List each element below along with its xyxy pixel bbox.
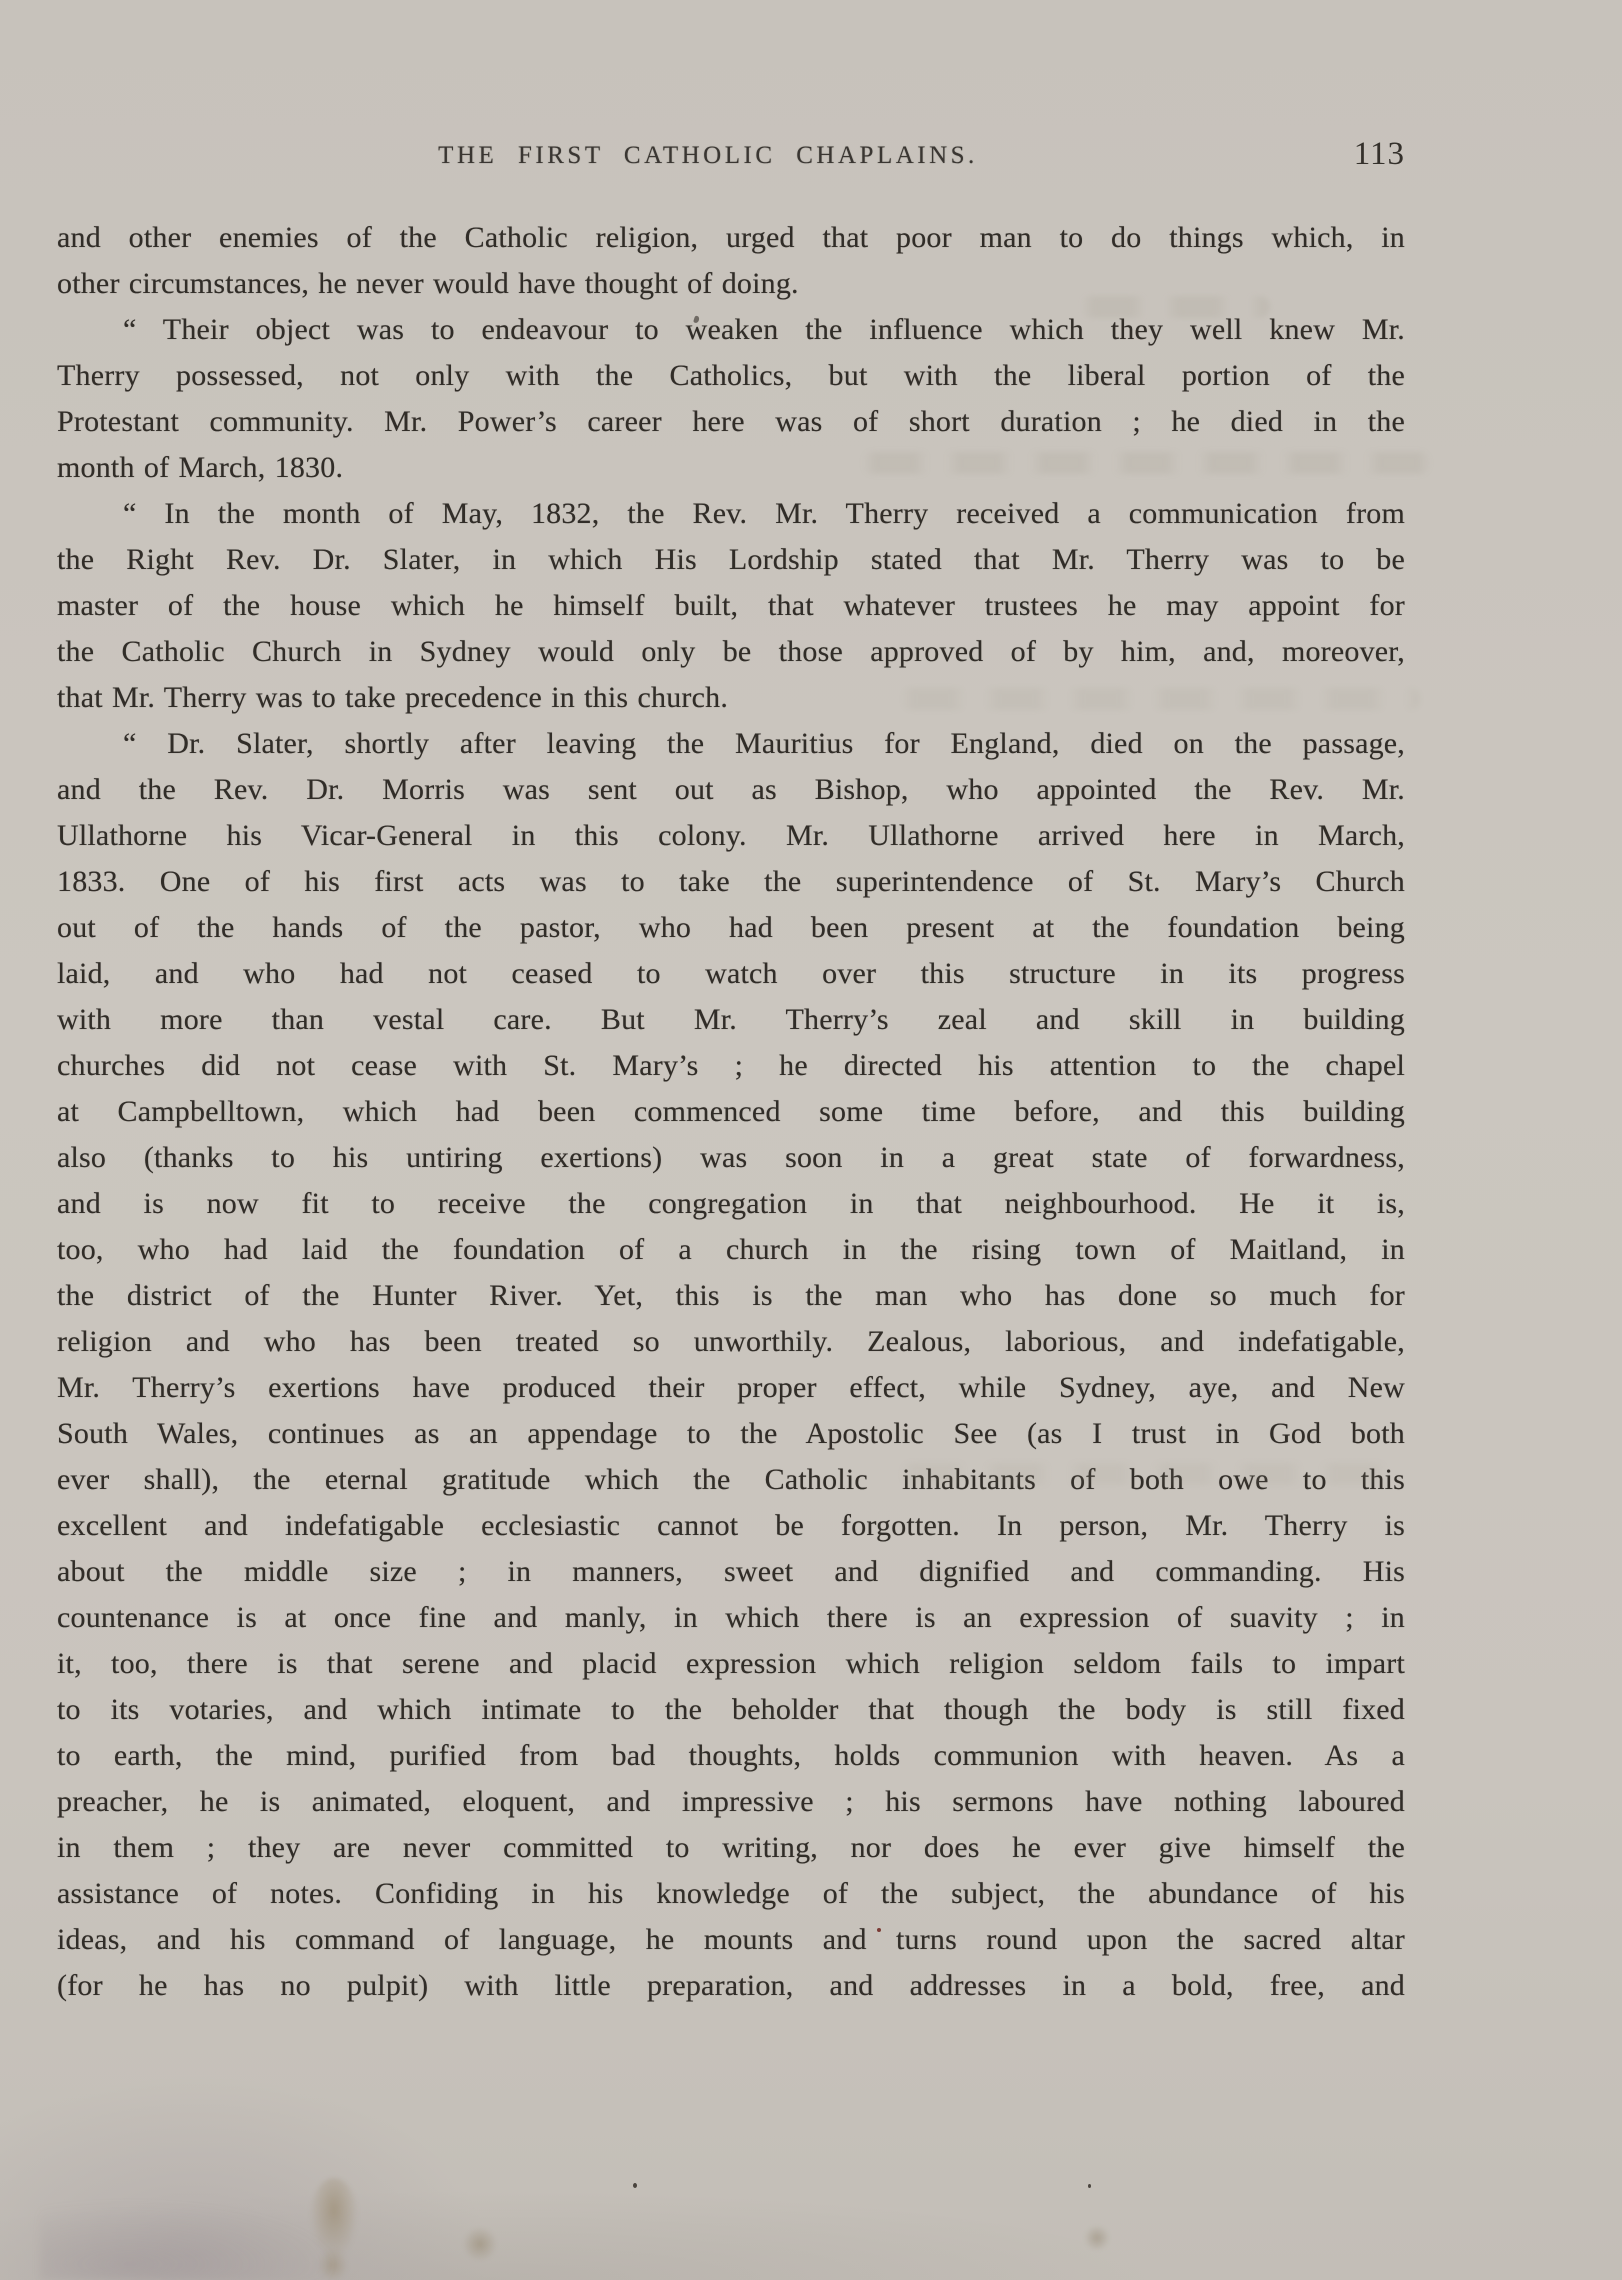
text-line-19: churches did not cease with St. Mary’s ;… [57, 1043, 1405, 1089]
text-line-37: assistance of notes. Confiding in his kn… [57, 1871, 1405, 1917]
text-line-20: at Campbelltown, which had been commence… [57, 1089, 1405, 1135]
text-line-23: too, who had laid the foundation of a ch… [57, 1227, 1405, 1273]
page-header: THE FIRST CATHOLIC CHAPLAINS. 113 [57, 136, 1405, 184]
text-line-31: countenance is at once fine and manly, i… [57, 1595, 1405, 1641]
text-line-22: and is now fit to receive the congregati… [57, 1181, 1405, 1227]
text-line-12: “ Dr. Slater, shortly after leaving the … [57, 721, 1405, 767]
text-line-30: about the middle size ; in manners, swee… [57, 1549, 1405, 1595]
text-line-16: out of the hands of the pastor, who had … [57, 905, 1405, 951]
text-line-33: to its votaries, and which intimate to t… [57, 1687, 1405, 1733]
text-line-26: Mr. Therry’s exertions have produced the… [57, 1365, 1405, 1411]
text-line-15: 1833. One of his first acts was to take … [57, 859, 1405, 905]
text-line-18: with more than vestal care. But Mr. Ther… [57, 997, 1405, 1043]
text-line-5: Protestant community. Mr. Power’s career… [57, 399, 1405, 445]
ink-speck [633, 2183, 637, 2188]
text-line-36: in them ; they are never committed to wr… [57, 1825, 1405, 1871]
ink-speck [877, 1928, 881, 1932]
page-number: 113 [1354, 136, 1405, 173]
text-line-39: (for he has no pulpit) with little prepa… [57, 1963, 1405, 2009]
paper-smudge [40, 2200, 340, 2280]
showthrough-ghost [862, 452, 1430, 474]
book-page: THE FIRST CATHOLIC CHAPLAINS. 113 and ot… [0, 0, 1622, 2280]
text-line-17: laid, and who had not ceased to watch ov… [57, 951, 1405, 997]
text-line-35: preacher, he is animated, eloquent, and … [57, 1779, 1405, 1825]
text-line-24: the district of the Hunter River. Yet, t… [57, 1273, 1405, 1319]
paper-stain [462, 2226, 498, 2262]
text-line-13: and the Rev. Dr. Morris was sent out as … [57, 767, 1405, 813]
text-line-34: to earth, the mind, purified from bad th… [57, 1733, 1405, 1779]
showthrough-ghost [900, 688, 1420, 710]
text-line-7: “ In the month of May, 1832, the Rev. Mr… [57, 491, 1405, 537]
paper-stain [1082, 2226, 1112, 2250]
running-title: THE FIRST CATHOLIC CHAPLAINS. [57, 142, 1359, 170]
text-line-8: the Right Rev. Dr. Slater, in which His … [57, 537, 1405, 583]
text-line-38: ideas, and his command of language, he m… [57, 1917, 1405, 1963]
text-line-25: religion and who has been treated so unw… [57, 1319, 1405, 1365]
text-line-21: also (thanks to his untiring exertions) … [57, 1135, 1405, 1181]
text-line-9: master of the house which he himself bui… [57, 583, 1405, 629]
text-line-27: South Wales, continues as an appendage t… [57, 1411, 1405, 1457]
text-line-1: and other enemies of the Catholic religi… [57, 215, 1405, 261]
text-line-10: the Catholic Church in Sydney would only… [57, 629, 1405, 675]
showthrough-ghost [1080, 296, 1270, 318]
ink-speck [1088, 2184, 1091, 2188]
text-block: and other enemies of the Catholic religi… [57, 215, 1405, 2009]
showthrough-ghost [900, 1463, 1400, 1485]
text-line-32: it, too, there is that serene and placid… [57, 1641, 1405, 1687]
text-line-4: Therry possessed, not only with the Cath… [57, 353, 1405, 399]
text-line-29: excellent and indefatigable ecclesiastic… [57, 1503, 1405, 1549]
text-line-14: Ullathorne his Vicar-General in this col… [57, 813, 1405, 859]
